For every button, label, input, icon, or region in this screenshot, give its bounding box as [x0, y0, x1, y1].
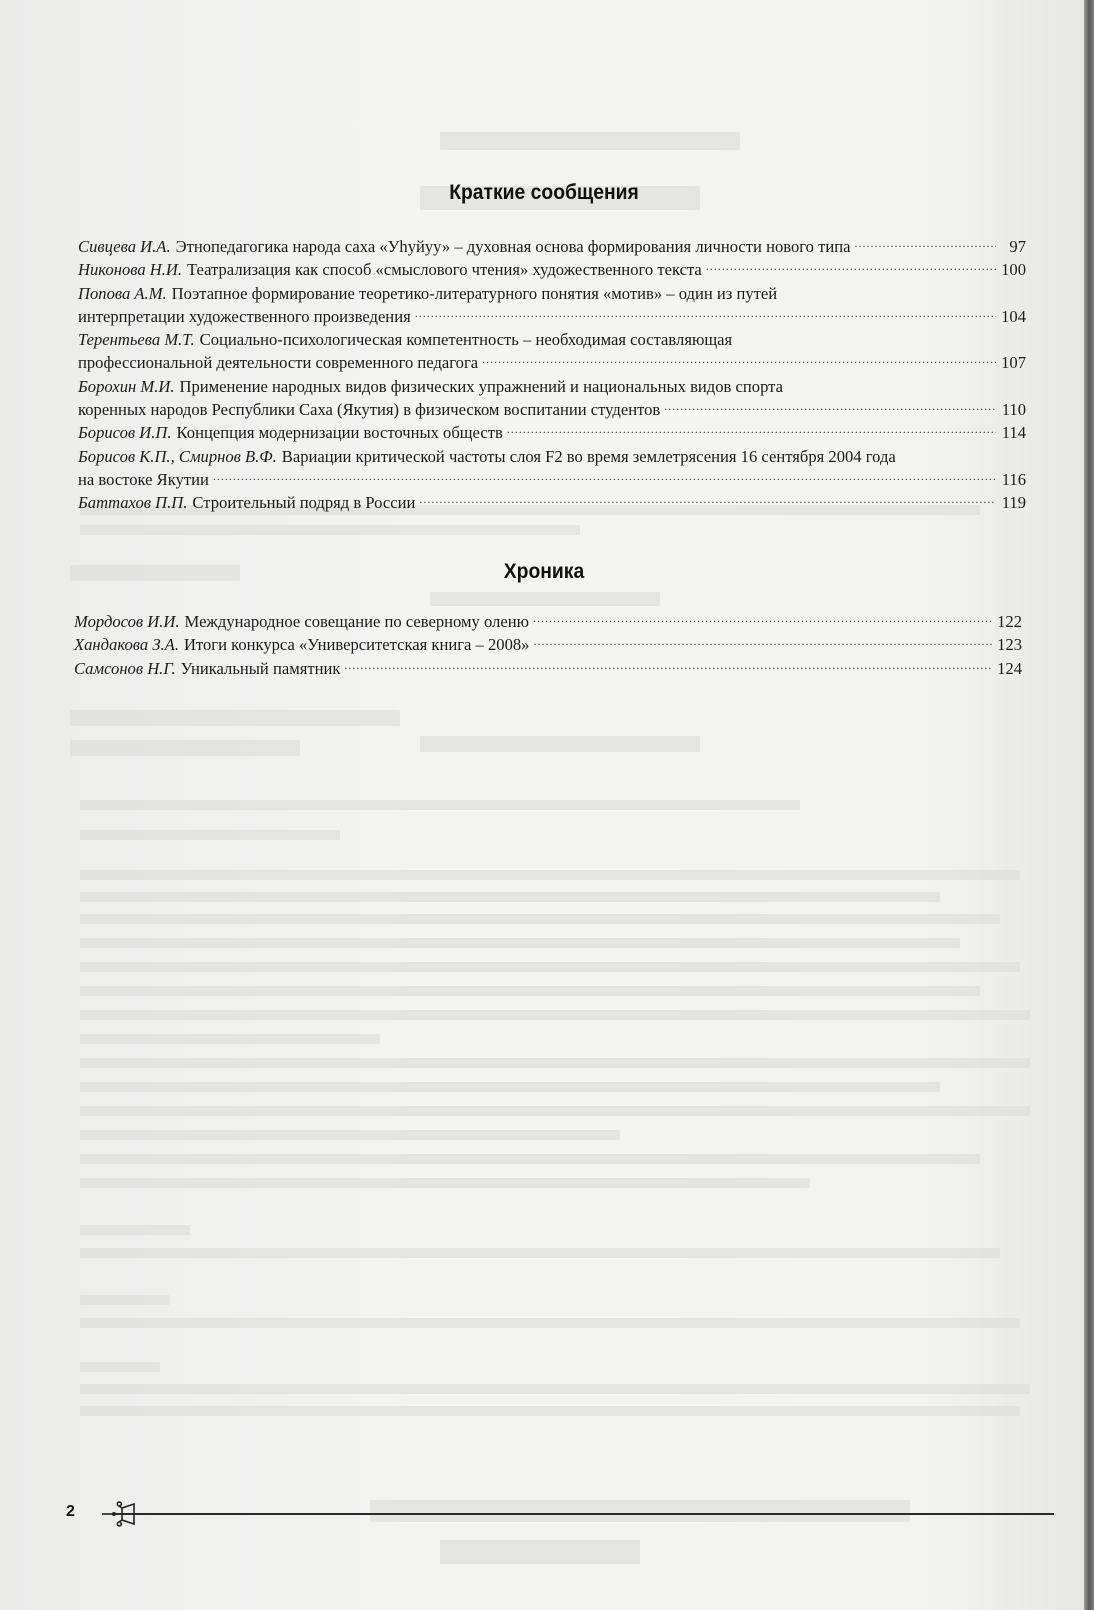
toc-entry-line: Попова А.М.Поэтапное формирование теорет…	[78, 282, 1026, 305]
toc-entry-line: Сивцева И.А.Этнопедагогика народа саха «…	[78, 235, 1026, 258]
toc-entry[interactable]: Борохин М.И.Применение народных видов фи…	[78, 375, 1026, 422]
toc-title: Международное совещание по северному оле…	[185, 610, 529, 633]
toc-author: Никонова Н.И.	[78, 258, 182, 281]
toc-title: профессиональной деятельности современно…	[78, 351, 478, 374]
toc-author: Борисов К.П., Смирнов В.Ф.	[78, 445, 277, 468]
toc-entry-line: Хандакова З.А.Итоги конкурса «Университе…	[74, 633, 1022, 656]
toc-author: Хандакова З.А.	[74, 633, 179, 656]
section-title-chronicle: Хроника	[44, 560, 1045, 584]
dot-leader	[533, 633, 992, 656]
page-binding-edge	[1084, 0, 1094, 1610]
toc-author: Борохин М.И.	[78, 375, 175, 398]
toc-page-number: 100	[1000, 258, 1026, 281]
toc-title: интерпретации художественного произведен…	[78, 305, 411, 328]
toc-page-number: 110	[1000, 398, 1026, 421]
toc-title: Итоги конкурса «Университетская книга – …	[184, 633, 530, 656]
dot-leader	[507, 421, 996, 444]
toc-author: Сивцева И.А.	[78, 235, 171, 258]
dot-leader	[533, 610, 992, 633]
toc-page-number: 123	[996, 633, 1022, 656]
toc-entry-line: Борохин М.И.Применение народных видов фи…	[78, 375, 1026, 398]
toc-title: Строительный подряд в России	[192, 491, 415, 514]
dot-leader	[854, 235, 996, 258]
toc-author: Попова А.М.	[78, 282, 167, 305]
toc-entry-line: интерпретации художественного произведен…	[78, 305, 1026, 328]
dot-leader	[482, 351, 996, 374]
toc-page-number: 122	[996, 610, 1022, 633]
toc-page-number: 114	[1000, 421, 1026, 444]
toc-entry-line: Баттахов П.П.Строительный подряд в Росси…	[78, 491, 1026, 514]
dot-leader	[415, 305, 996, 328]
toc-author: Борисов И.П.	[78, 421, 172, 444]
toc-entry-line: профессиональной деятельности современно…	[78, 351, 1026, 374]
toc-entry[interactable]: Самсонов Н.Г.Уникальный памятник124	[74, 657, 1022, 680]
toc-page-number: 107	[1000, 351, 1026, 374]
toc-list-chronicle: Мордосов И.И.Международное совещание по …	[74, 610, 1022, 680]
toc-entry-line: Терентьева М.Т.Социально-психологическая…	[78, 328, 1026, 351]
toc-entry[interactable]: Хандакова З.А.Итоги конкурса «Университе…	[74, 633, 1022, 656]
toc-title: Этнопедагогика народа саха «Уһуйуу» – ду…	[176, 235, 851, 258]
toc-entry-line: Мордосов И.И.Международное совещание по …	[74, 610, 1022, 633]
toc-author: Мордосов И.И.	[74, 610, 180, 633]
toc-title: Театрализация как способ «смыслового чте…	[187, 258, 702, 281]
toc-entry[interactable]: Борисов К.П., Смирнов В.Ф.Вариации крити…	[78, 445, 1026, 492]
toc-title: Концепция модернизации восточных обществ	[177, 421, 503, 444]
dot-leader	[213, 468, 996, 491]
footer-rule	[114, 1513, 1054, 1515]
toc-page-number: 104	[1000, 305, 1026, 328]
toc-title: Социально-психологическая компетентность…	[200, 328, 732, 351]
toc-entry-line: Никонова Н.И.Театрализация как способ «с…	[78, 258, 1026, 281]
toc-entry-line: Самсонов Н.Г.Уникальный памятник124	[74, 657, 1022, 680]
toc-list-brief-reports: Сивцева И.А.Этнопедагогика народа саха «…	[78, 235, 1026, 515]
toc-title: коренных народов Республики Саха (Якутия…	[78, 398, 660, 421]
toc-entry-line: Борисов И.П.Концепция модернизации восто…	[78, 421, 1026, 444]
toc-entry[interactable]: Баттахов П.П.Строительный подряд в Росси…	[78, 491, 1026, 514]
toc-title: Поэтапное формирование теоретико-литерат…	[172, 282, 777, 305]
toc-entry[interactable]: Никонова Н.И.Театрализация как способ «с…	[78, 258, 1026, 281]
dot-leader	[344, 657, 992, 680]
toc-entry[interactable]: Терентьева М.Т.Социально-психологическая…	[78, 328, 1026, 375]
toc-title: Вариации критической частоты слоя F2 во …	[282, 445, 896, 468]
toc-page-number: 124	[996, 657, 1022, 680]
toc-entry[interactable]: Попова А.М.Поэтапное формирование теорет…	[78, 282, 1026, 329]
toc-entry-line: на востоке Якутии116	[78, 468, 1026, 491]
toc-title: Применение народных видов физических упр…	[180, 375, 783, 398]
dot-leader	[419, 491, 996, 514]
toc-entry-line: коренных народов Республики Саха (Якутия…	[78, 398, 1026, 421]
toc-title: Уникальный памятник	[181, 657, 341, 680]
toc-author: Терентьева М.Т.	[78, 328, 195, 351]
dot-leader	[664, 398, 996, 421]
toc-entry[interactable]: Сивцева И.А.Этнопедагогика народа саха «…	[78, 235, 1026, 258]
toc-page-number: 116	[1000, 468, 1026, 491]
toc-entry-line: Борисов К.П., Смирнов В.Ф.Вариации крити…	[78, 445, 1026, 468]
toc-entry[interactable]: Мордосов И.И.Международное совещание по …	[74, 610, 1022, 633]
toc-author: Самсонов Н.Г.	[74, 657, 176, 680]
section-title-brief-reports: Краткие сообщения	[44, 181, 1045, 205]
toc-title: на востоке Якутии	[78, 468, 209, 491]
page-number: 2	[66, 1503, 75, 1521]
toc-entry[interactable]: Борисов И.П.Концепция модернизации восто…	[78, 421, 1026, 444]
toc-author: Баттахов П.П.	[78, 491, 187, 514]
toc-page-number: 97	[1000, 235, 1026, 258]
toc-page-number: 119	[1000, 491, 1026, 514]
dot-leader	[706, 258, 996, 281]
